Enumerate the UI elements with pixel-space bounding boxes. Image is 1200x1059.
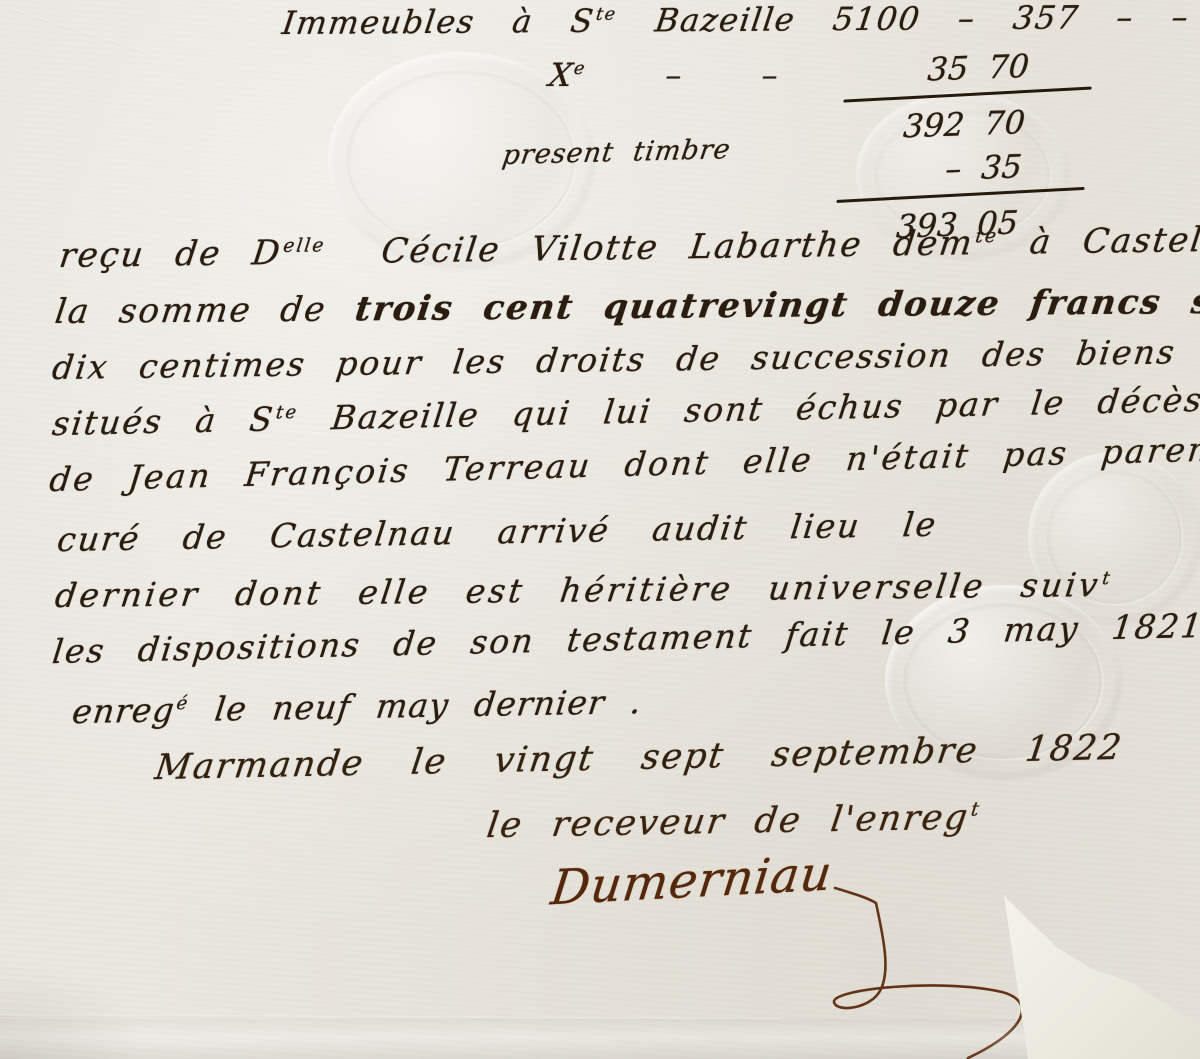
body-line: reçu de DelleCécile Vilotte Labarthe dem… — [57, 219, 1200, 276]
body-line: enregé le neuf may dernier . — [70, 682, 644, 731]
text-segment: e — [573, 59, 586, 79]
amount-tally: 35 70 392 70 – 35 393 05 — [841, 42, 1090, 251]
text-segment: trois cent quatrevingt douze francs soix — [353, 281, 1200, 329]
text-segment: t — [1101, 568, 1114, 589]
text-segment: Bazeille qui lui sont échus par le décès — [297, 380, 1200, 438]
text-segment: te — [275, 402, 300, 424]
text-segment: dix centimes pour les droits de successi… — [50, 332, 1200, 387]
tally-cents: 35 — [980, 142, 1083, 190]
text-segment: t — [969, 798, 982, 821]
text-segment: le neuf may dernier . — [187, 682, 644, 729]
paper-tear-underlay — [1000, 889, 1200, 1059]
paper-crease — [3, 5, 156, 57]
text-segment: la somme de — [53, 289, 358, 332]
dateline: Marmande le vingt sept septembre 1822 — [153, 728, 1126, 788]
paper-tear — [1000, 889, 1200, 1059]
text-segment: le receveur de l'enreg — [484, 798, 971, 847]
text-segment: te — [974, 226, 999, 247]
page-bottom-edge — [0, 1019, 1070, 1059]
text-segment: Cécile Vilotte Labarthe dem — [324, 223, 976, 272]
text-segment: elle — [282, 235, 327, 257]
text-segment: reçu de D — [57, 233, 284, 276]
receiver-role-line: le receveur de l'enregt — [484, 797, 984, 846]
text-segment: curé de Castelnau arrivé audit lieu le — [55, 505, 939, 559]
tally-amount: 35 — [852, 45, 990, 94]
tally-cents: 70 — [987, 42, 1090, 90]
timbre-note: present timbre — [500, 134, 733, 171]
tally-amount: – — [845, 146, 983, 195]
body-line: la somme de trois cent quatrevingt douze… — [53, 281, 1200, 332]
text-segment: Bazeille 5100 – 357 – – — [615, 0, 1192, 40]
text-segment: Marmande le vingt sept septembre 1822 — [153, 728, 1126, 788]
body-line: curé de Castelnau arrivé audit lieu le — [55, 505, 939, 559]
text-segment: à Castelnau — [997, 219, 1200, 263]
text-segment: enreg — [70, 690, 177, 731]
text-segment: X — [547, 56, 575, 94]
body-line: dix centimes pour les droits de successi… — [50, 332, 1200, 387]
text-segment: – – — [583, 56, 781, 94]
tally-cents: 70 — [983, 98, 1086, 146]
tally-amount: 392 — [848, 101, 986, 150]
text-segment: te — [595, 5, 618, 25]
header-account-line: Immeubles à Ste Bazeille 5100 – 357 – – — [280, 0, 1192, 42]
text-segment: Immeubles à S — [280, 2, 597, 42]
text-segment: situés à S — [50, 399, 276, 443]
header-decime-line: Xe – – — [547, 56, 781, 94]
bottom-left-shadow — [0, 959, 150, 1059]
text-segment: é — [175, 693, 189, 714]
scanned-manuscript-page: Immeubles à Ste Bazeille 5100 – 357 – – … — [0, 0, 1200, 1059]
